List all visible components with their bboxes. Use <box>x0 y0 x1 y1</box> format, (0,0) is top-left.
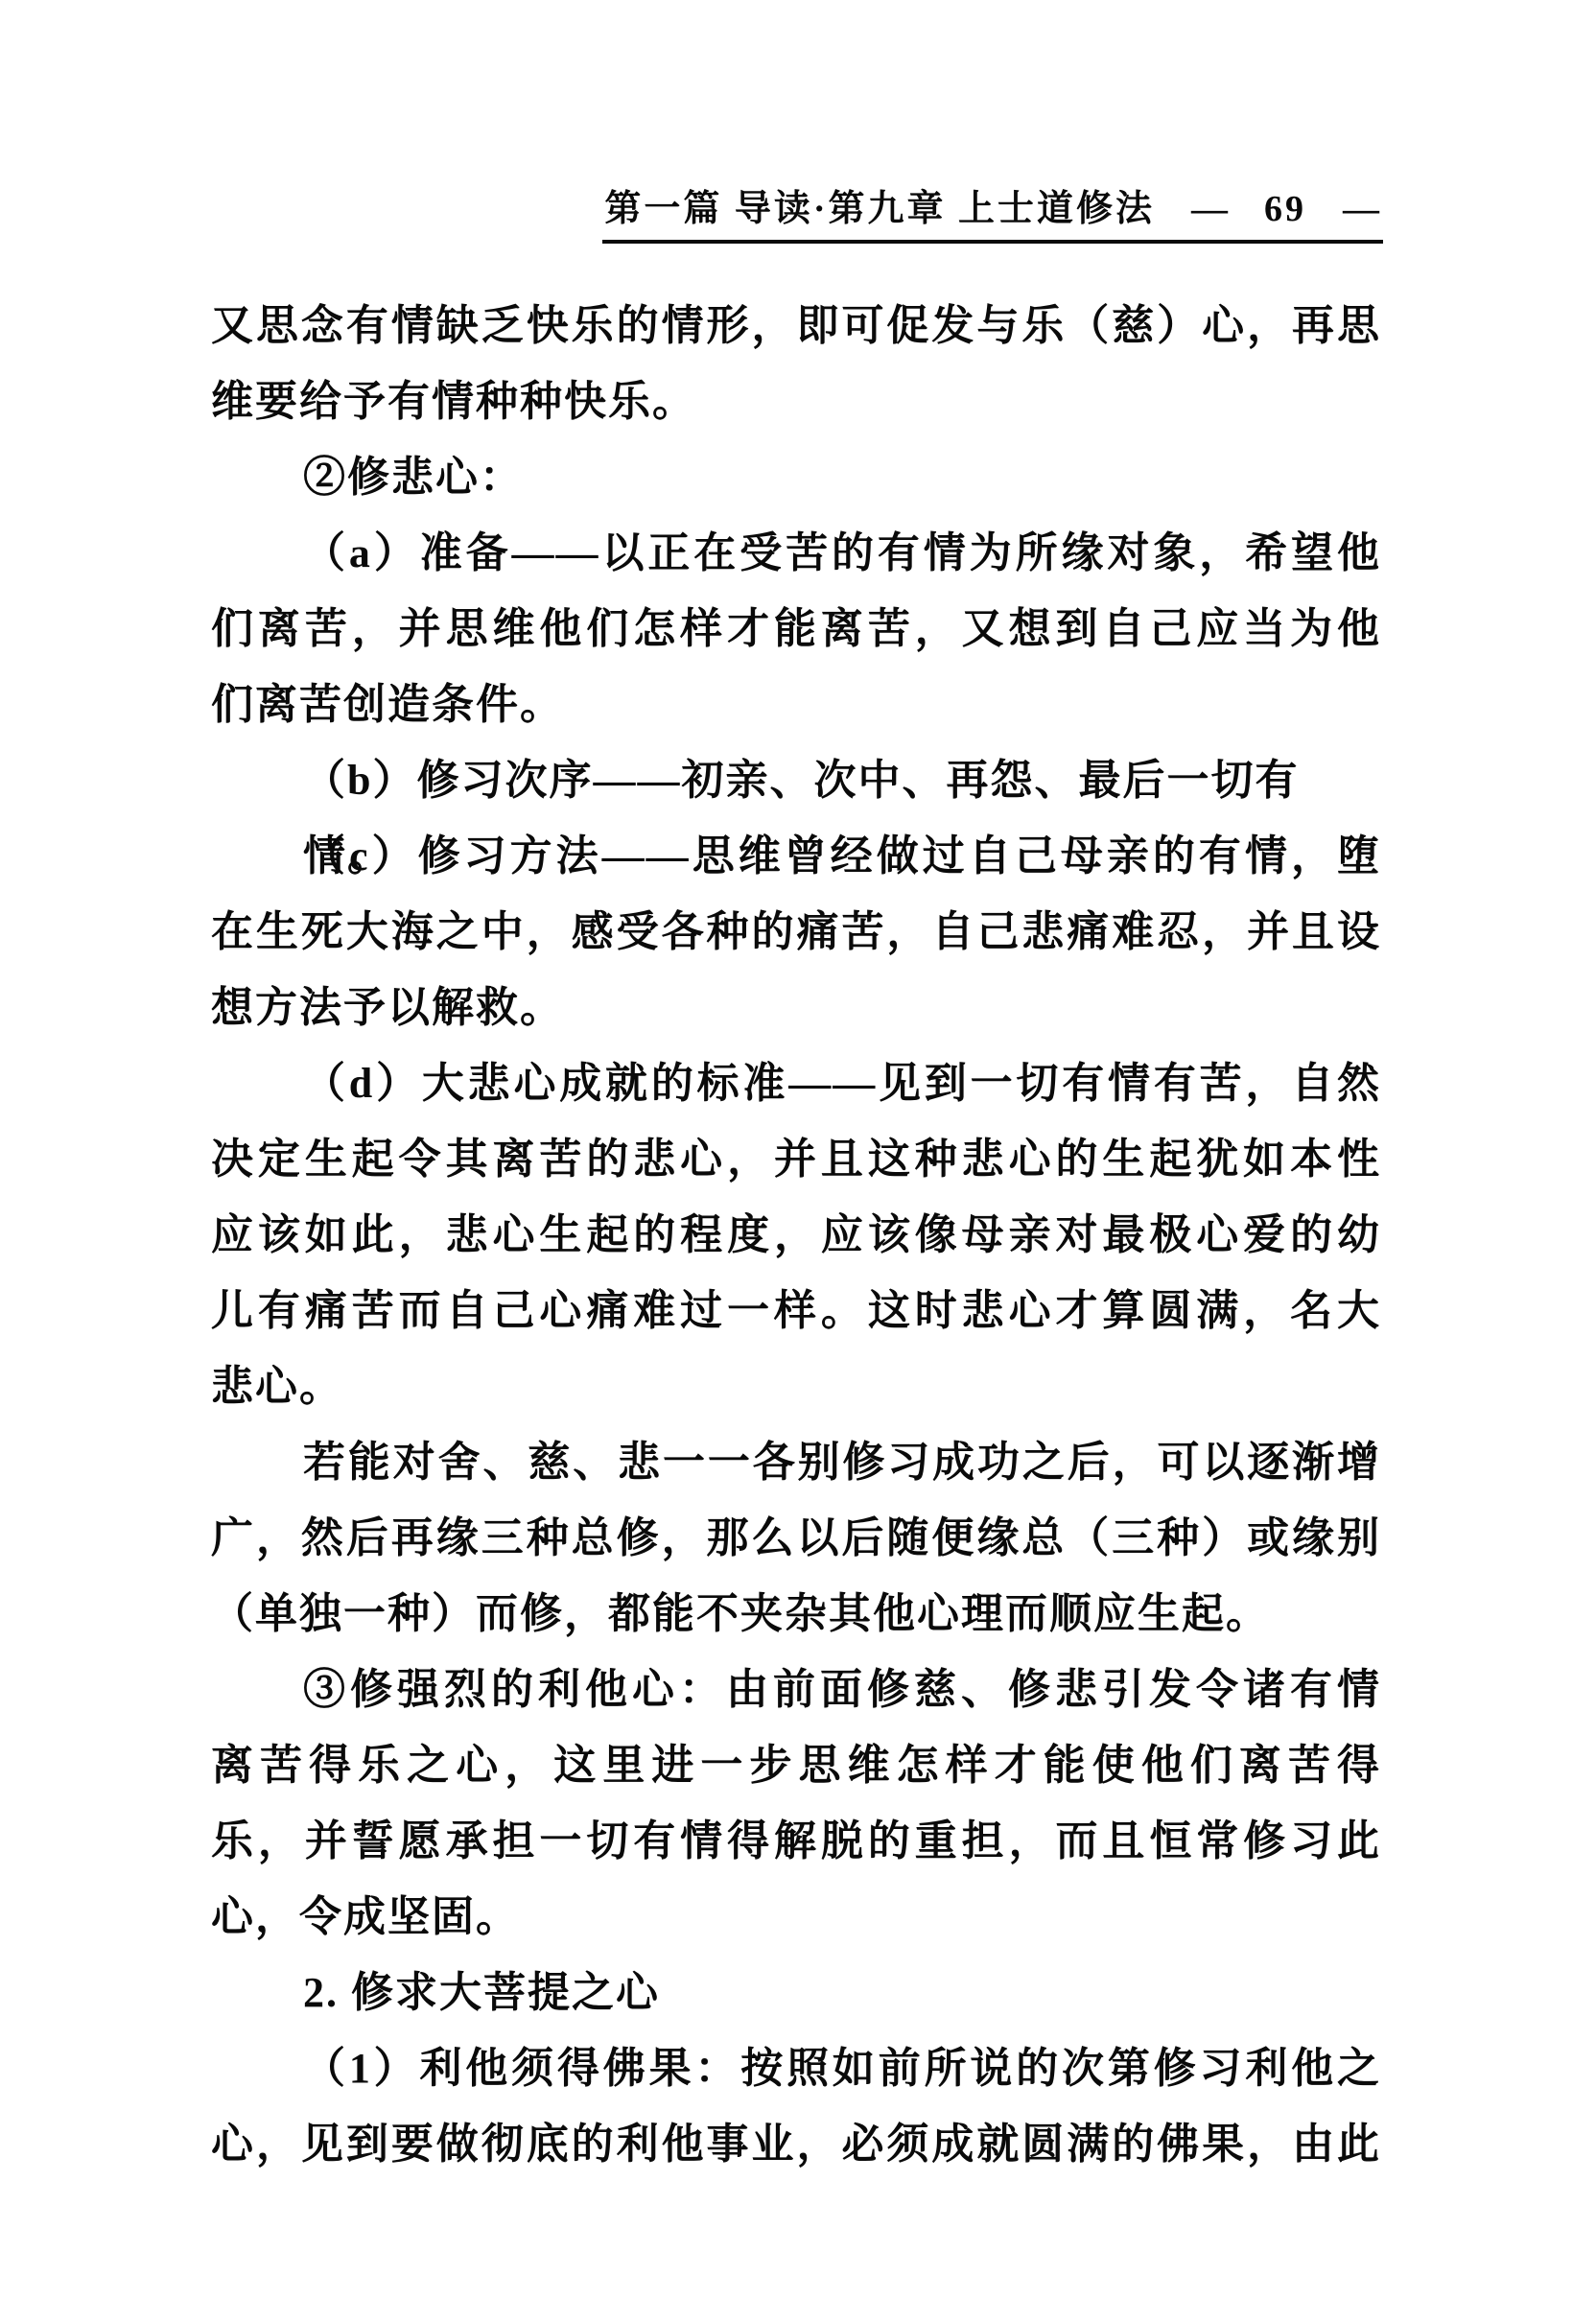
header-chapter-title: 第一篇 导读·第九章 上士道修法 <box>604 188 1155 230</box>
text-line-1: 又思念有情缺乏快乐的情形，即可促发与乐（慈）心，再思 <box>211 288 1381 363</box>
header-left-dash: — <box>1191 188 1228 230</box>
text-line-9: 在生死大海之中，感受各种的痛苦，自己悲痛难忍，并且设 <box>211 894 1381 970</box>
text-line-23: 2. 修求大菩提之心 <box>211 1955 1381 2030</box>
text-line-12: 决定生起令其离苦的悲心，并且这种悲心的生起犹如本性 <box>211 1121 1381 1197</box>
text-line-16: 若能对舍、慈、悲一一各别修习成功之后，可以逐渐增 <box>211 1424 1381 1500</box>
text-line-13: 应该如此，悲心生起的程度，应该像母亲对最极心爱的幼 <box>211 1197 1381 1273</box>
text-line-24: （1）利他须得佛果：按照如前所说的次第修习利他之 <box>211 2030 1381 2106</box>
text-line-21: 乐，并誓愿承担一切有情得解脱的重担，而且恒常修习此 <box>211 1803 1381 1879</box>
text-line-4: （a）准备——以正在受苦的有情为所缘对象，希望他 <box>211 515 1381 591</box>
text-line-6: 们离苦创造条件。 <box>211 667 1381 742</box>
text-line-3: ②修悲心： <box>211 439 1381 515</box>
text-line-8: （c）修习方法——思维曾经做过自己母亲的有情，堕 <box>211 818 1381 894</box>
body-text-block: 又思念有情缺乏快乐的情形，即可促发与乐（慈）心，再思维要给予有情种种快乐。②修悲… <box>211 288 1381 2182</box>
text-line-22: 心，令成坚固。 <box>211 1879 1381 1955</box>
book-page: 第一篇 导读·第九章 上士道修法 — 69 — 又思念有情缺乏快乐的情形，即可促… <box>0 0 1596 2298</box>
text-line-20: 离苦得乐之心，这里进一步思维怎样才能使他们离苦得 <box>211 1727 1381 1803</box>
text-line-25: 心，见到要做彻底的利他事业，必须成就圆满的佛果，由此 <box>211 2106 1381 2182</box>
text-line-18: （单独一种）而修，都能不夹杂其他心理而顺应生起。 <box>211 1576 1381 1652</box>
text-line-5: 们离苦，并思维他们怎样才能离苦，又想到自己应当为他 <box>211 591 1381 667</box>
text-line-10: 想方法予以解救。 <box>211 970 1381 1045</box>
text-line-15: 悲心。 <box>211 1348 1381 1424</box>
text-line-14: 儿有痛苦而自己心痛难过一样。这时悲心才算圆满，名大 <box>211 1273 1381 1348</box>
page-header: 第一篇 导读·第九章 上士道修法 — 69 — <box>602 188 1383 244</box>
text-line-2: 维要给予有情种种快乐。 <box>211 363 1381 439</box>
header-right-dash: — <box>1343 188 1379 230</box>
text-line-7: （b）修习次序——初亲、次中、再怨、最后一切有情。 <box>211 742 1381 818</box>
text-line-17: 广，然后再缘三种总修，那么以后随便缘总（三种）或缘别 <box>211 1500 1381 1576</box>
page-number: 69 <box>1264 188 1306 230</box>
text-line-11: （d）大悲心成就的标准——见到一切有情有苦，自然 <box>211 1045 1381 1121</box>
text-line-19: ③修强烈的利他心：由前面修慈、修悲引发令诸有情 <box>211 1652 1381 1727</box>
